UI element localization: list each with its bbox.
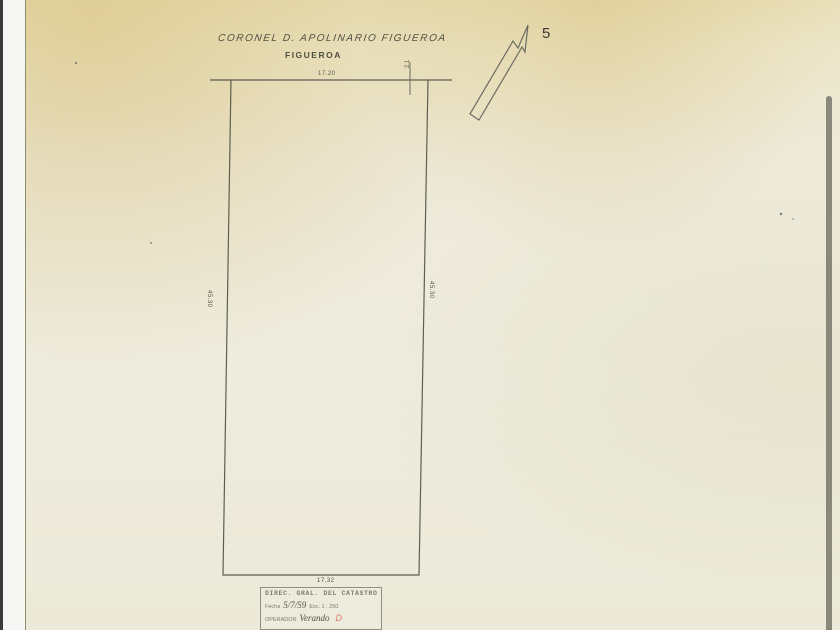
stamp-date-row: Fecha 5/7/59 Esc. 1 : 250	[265, 600, 377, 610]
stamp-fecha-value: 5/7/59	[283, 600, 306, 610]
right-side-dimension: 45.30	[428, 281, 434, 299]
stamp-operador-label: OPERADOR	[265, 617, 296, 623]
corner-tick-dimension: 2.1	[405, 60, 411, 68]
street-short-label: FIGUEROA	[285, 50, 342, 60]
vertical-scrollbar[interactable]	[826, 96, 834, 630]
stamp-header: DIREC. GRAL. DEL CATASTRO	[265, 590, 377, 597]
plot-drawing	[0, 0, 840, 630]
street-name-label: CORONEL D. APOLINARIO FIGUEROA	[217, 33, 459, 44]
north-arrow-icon	[470, 25, 528, 120]
north-arrow-label: 5	[542, 25, 550, 42]
plot-boundary	[223, 80, 428, 575]
stamp-operator-row: OPERADOR Verando D	[265, 613, 377, 623]
back-dimension: 17.32	[317, 578, 335, 584]
front-dimension: 17.20	[318, 71, 336, 77]
left-side-dimension: 45.30	[206, 290, 212, 308]
stamp-operador-value: Verando	[299, 613, 329, 623]
stamp-escala-label: Esc. 1 : 250	[309, 604, 338, 610]
cadastre-stamp: DIREC. GRAL. DEL CATASTRO Fecha 5/7/59 E…	[260, 587, 382, 630]
stamp-operador-mark: D	[335, 613, 342, 623]
document-viewer: CORONEL D. APOLINARIO FIGUEROA FIGUEROA …	[0, 0, 840, 630]
stamp-fecha-label: Fecha	[265, 604, 280, 610]
scrollbar-thumb[interactable]	[826, 96, 832, 630]
